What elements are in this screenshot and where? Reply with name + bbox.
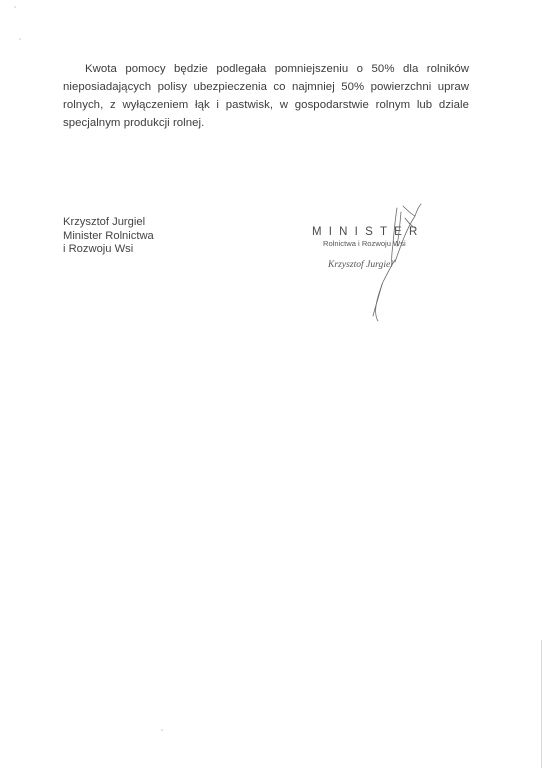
scan-speck [161,729,163,731]
signature-block: Krzysztof Jurgiel Minister Rolnictwa i R… [63,216,154,257]
document-page: Kwota pomocy będzie podlegała pomniejsze… [0,0,543,768]
signatory-title-line-1: Minister Rolnictwa [63,230,154,244]
signatory-name: Krzysztof Jurgiel [63,216,154,230]
scan-edge-line [541,640,542,768]
scan-speck [14,6,16,8]
scan-speck [19,38,21,40]
signatory-title-line-2: i Rozwoju Wsi [63,243,154,257]
body-paragraph: Kwota pomocy będzie podlegała pomniejsze… [63,60,469,132]
handwritten-signature-icon [345,200,435,325]
